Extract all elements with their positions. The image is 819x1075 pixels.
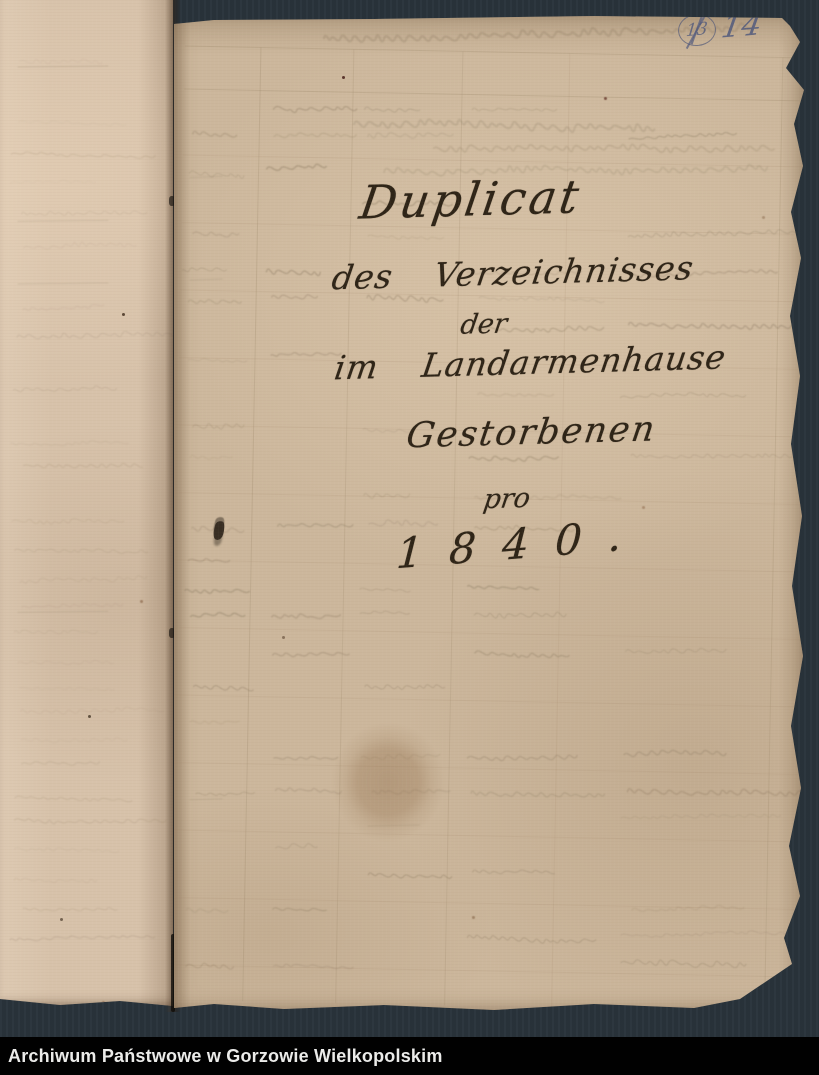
paper-specks xyxy=(122,313,125,316)
inscription-line: 1840. xyxy=(395,509,649,578)
left-page xyxy=(0,0,173,1006)
inscription-line: Duplicat xyxy=(356,169,585,229)
watermark-bar: Archiwum Państwowe w Gorzowie Wielkopols… xyxy=(0,1037,819,1075)
pencil-page-number: 14 xyxy=(719,6,765,45)
inscription-line: Gestorbenen xyxy=(404,409,659,456)
right-page: Duplicat des Verzeichnisses der im Landa… xyxy=(174,16,808,1013)
title-inscription: Duplicat des Verzeichnisses der im Landa… xyxy=(160,7,819,1021)
watermark-text: Archiwum Państwowe w Gorzowie Wielkopols… xyxy=(0,1046,443,1067)
inscription-line: im Landarmenhause xyxy=(332,337,729,387)
paper-specks xyxy=(342,76,345,79)
inscription-line: der xyxy=(458,308,509,340)
inscription-line: pro xyxy=(481,483,532,515)
bleedthrough-ink-left xyxy=(0,0,173,1006)
scan-background: Duplicat des Verzeichnisses der im Landa… xyxy=(0,0,819,1075)
inscription-line: des Verzeichnisses xyxy=(329,248,696,297)
